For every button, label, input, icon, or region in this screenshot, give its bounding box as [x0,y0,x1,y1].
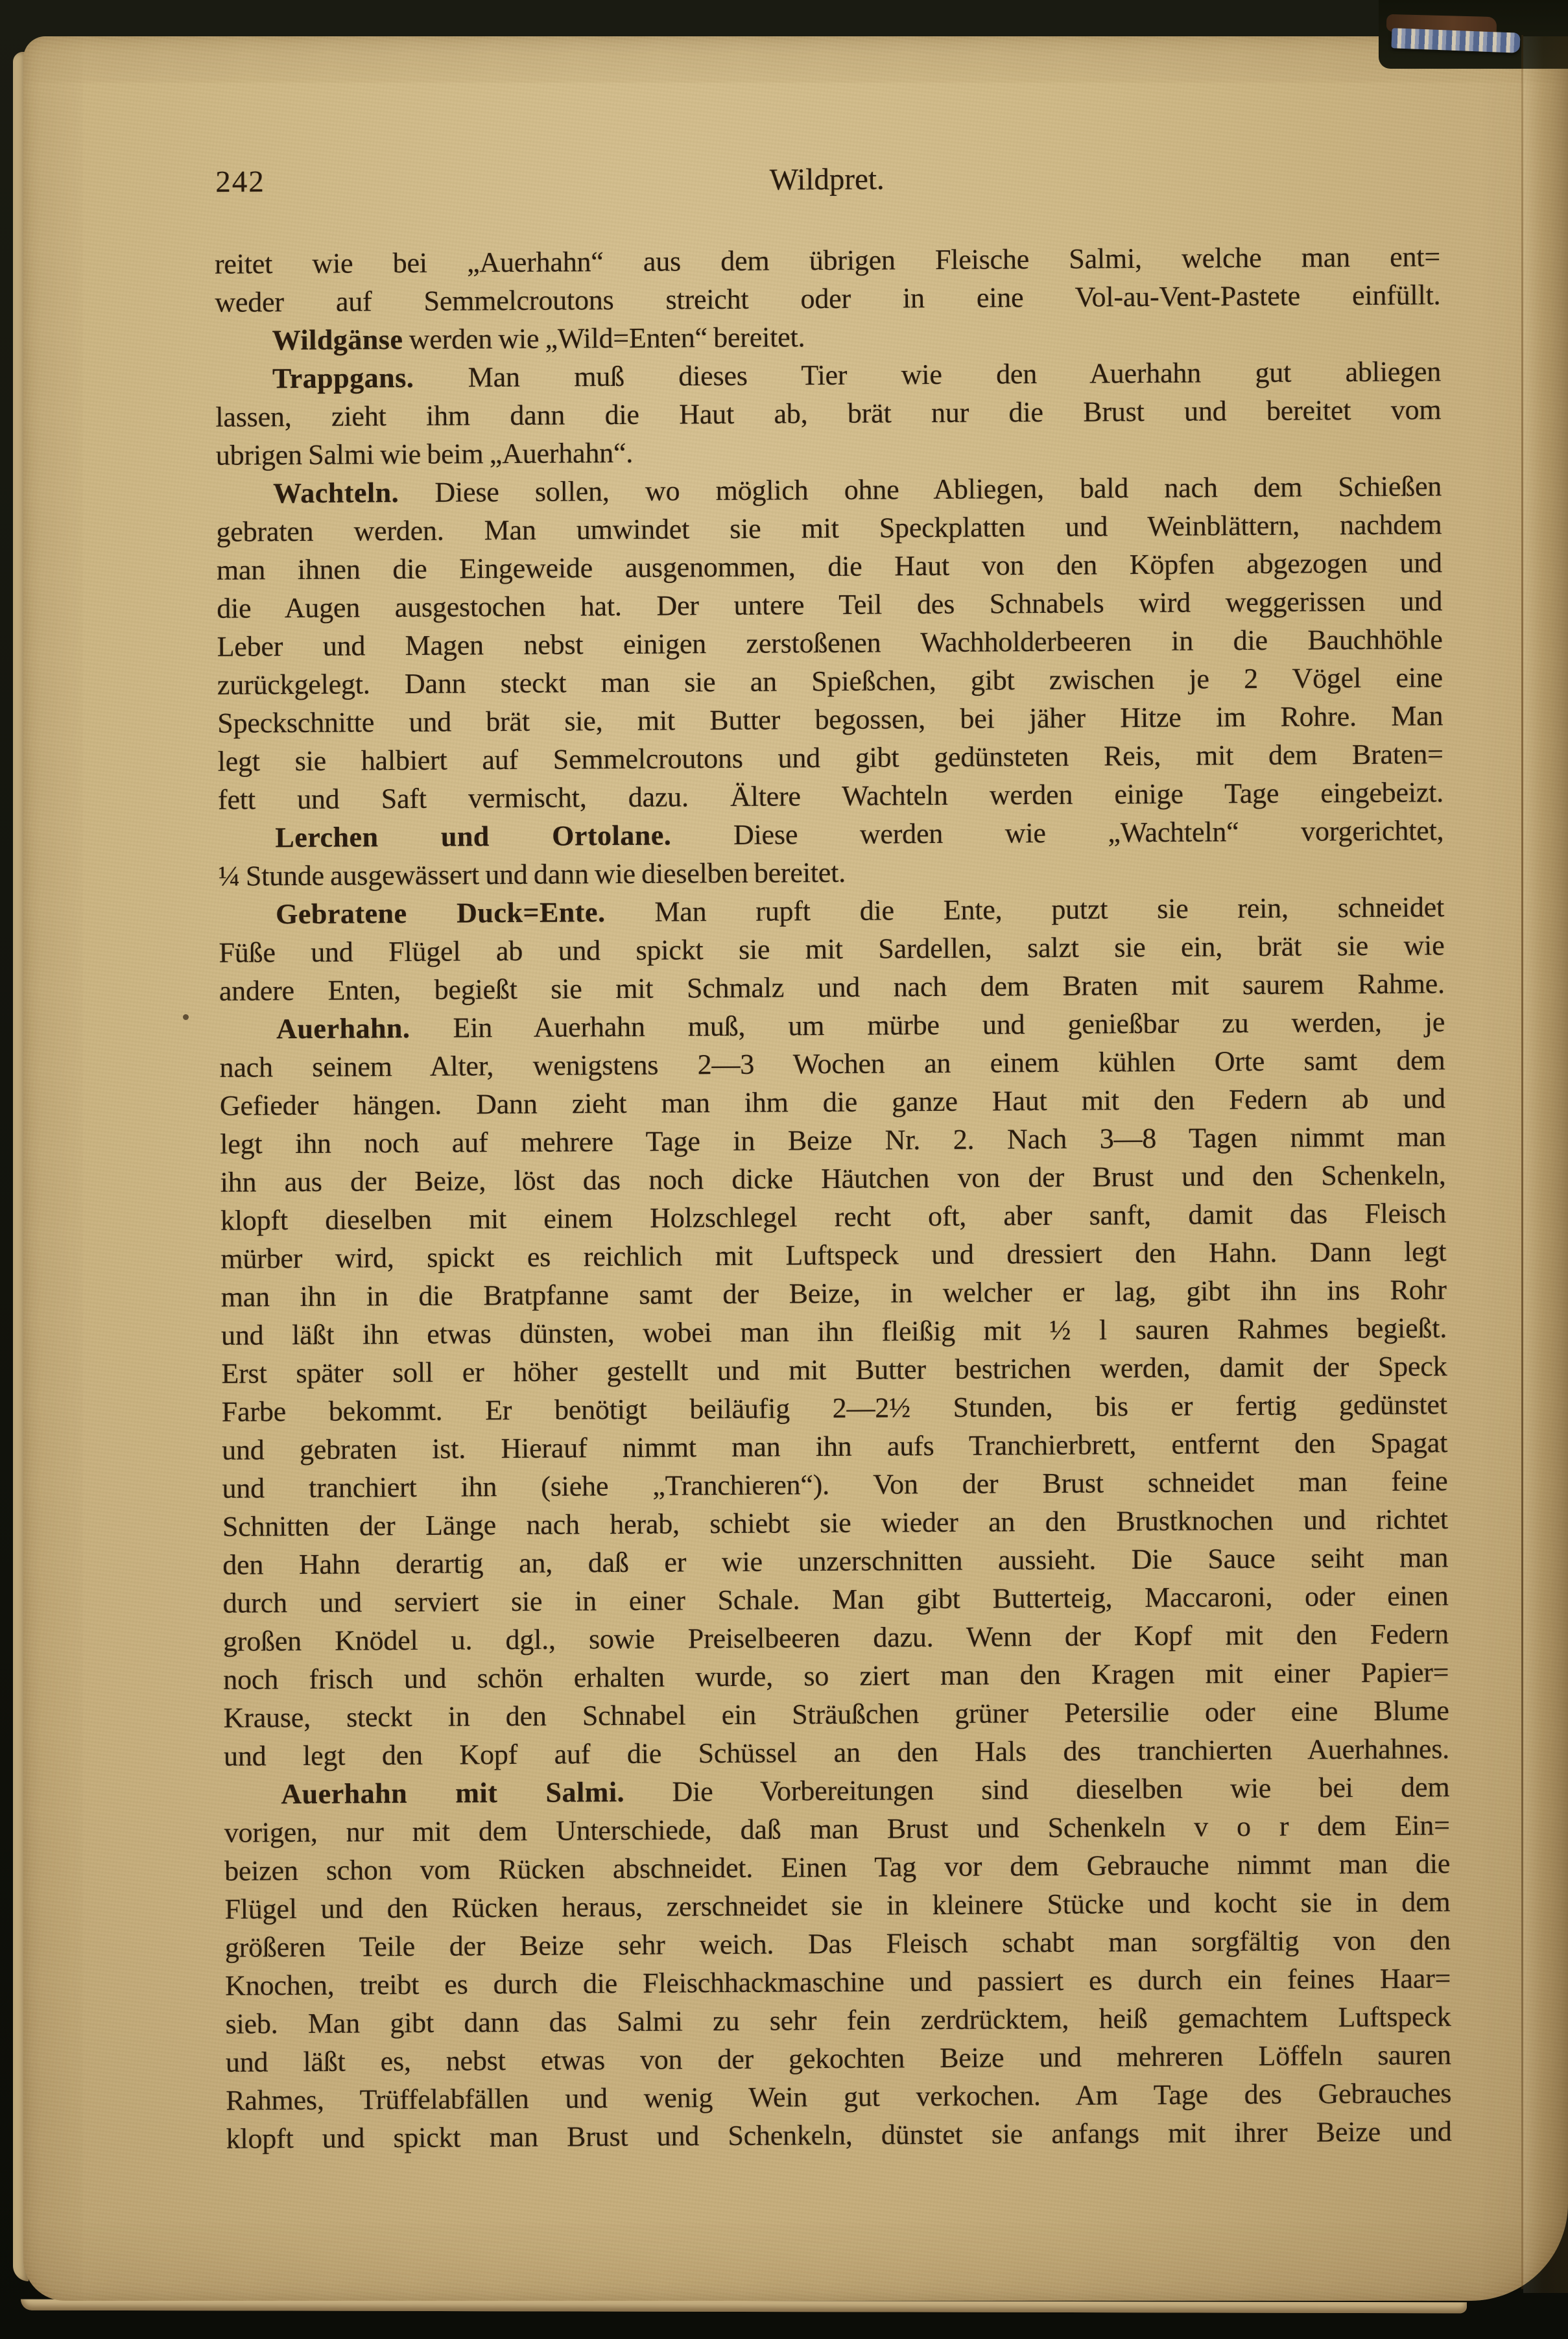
paragraph: Trappgans. Man muß dieses Tier wie den A… [215,352,1442,475]
paragraph-heading: Wildgänse [272,324,403,356]
page-number: 242 [215,164,265,199]
paragraph-heading: Auerhahn mit Salmi. [281,1776,624,1810]
paragraph: reitet wie bei „Auerhahn“ aus dem übrige… [215,237,1441,322]
scanner-background: { "page": { "number": "242", "header": "… [0,0,1568,2339]
paragraph: Wachteln. Diese sollen, wo möglich ohne … [216,467,1443,819]
text-line: Lerchen und Ortolane. Diese werden wie „… [218,811,1443,857]
paragraph: Auerhahn mit Salmi. Die Vorbereitungen s… [224,1768,1452,2158]
paragraph-heading: Trappgans. [272,362,414,394]
paragraph: Lerchen und Ortolane. Diese werden wie „… [218,811,1444,896]
gutter-crease [1521,35,1523,2289]
paragraph-heading: Gebratene Duck=Ente. [276,896,606,930]
text-line: weder auf Semmelcroutons streicht oder i… [215,276,1440,322]
paragraph-heading: Auerhahn. [276,1012,410,1045]
page-header-title: Wildpret. [214,152,1440,201]
paragraph: Gebratene Duck=Ente. Man rupft die Ente,… [219,888,1445,1010]
paragraph-heading: Lerchen und Ortolane. [275,819,671,853]
text-line: klopft und spickt man Brust und Schenkel… [226,2112,1451,2158]
text-line: lassen, zieht ihm dann die Haut ab, brät… [215,390,1441,436]
page-head: 242 Wildpret. [214,152,1440,245]
page-stack-edge-bottom [21,2299,1467,2314]
text-body: reitet wie bei „Auerhahn“ aus dem übrige… [215,237,1452,2157]
paragraph: Auerhahn. Ein Auerhahn muß, um mürbe und… [219,1003,1449,1775]
ink-speck [183,1014,189,1020]
text-block: 242 Wildpret. reitet wie bei „Auerhahn“ … [214,152,1452,2157]
paragraph-heading: Wachteln. [273,477,399,509]
